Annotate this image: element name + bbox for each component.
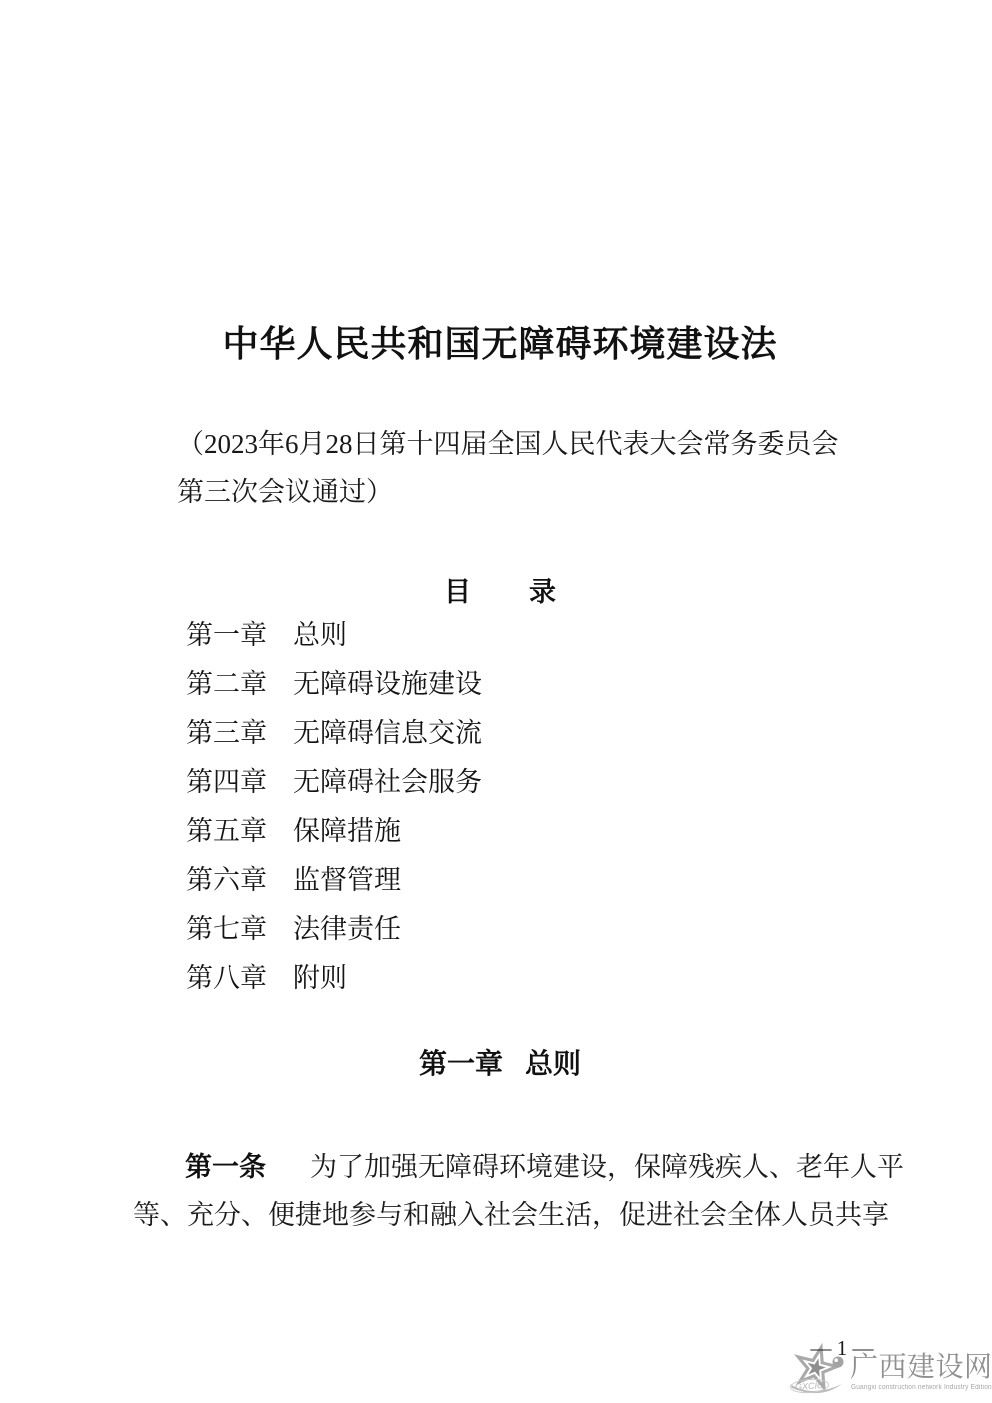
article-1-paragraph: 第一条为了加强无障碍环境建设，保障残疾人、老年人平 等、充分、便捷地参与和融入社… — [133, 1143, 875, 1239]
page-number: — 1 — — [804, 1334, 880, 1362]
toc-chapter-title: 总则 — [293, 620, 347, 650]
toc-chapter-number: 第三章 — [186, 709, 267, 758]
toc-header-char: 目 — [444, 577, 471, 607]
toc-chapter-number: 第四章 — [186, 758, 267, 807]
watermark-site-subtitle: Guangxi construction network Industry Ed… — [851, 1383, 992, 1393]
article-text: 等、充分、便捷地参与和融入社会生活，促进社会全体人员共享 — [133, 1200, 889, 1230]
adoption-notice-line: （2023年6月28日第十四届全国人民代表大会常务委员会 — [177, 420, 867, 468]
toc-item-chapter-2: 第二章无障碍设施建设 — [186, 660, 786, 709]
toc-item-chapter-3: 第三章无障碍信息交流 — [186, 709, 786, 758]
table-of-contents: 第一章总则 第二章无障碍设施建设 第三章无障碍信息交流 第四章无障碍社会服务 第… — [186, 611, 786, 1003]
toc-header-char: 录 — [529, 577, 556, 607]
toc-chapter-title: 无障碍信息交流 — [293, 718, 482, 748]
toc-chapter-number: 第七章 — [186, 905, 267, 954]
adoption-notice-line: 第三次会议通过） — [177, 468, 867, 516]
toc-chapter-title: 无障碍设施建设 — [293, 669, 482, 699]
document-page: { "doc": { "title": "中华人民共和国无障碍环境建设法", "… — [0, 0, 992, 1403]
section-chapter-number: 第一章 — [419, 1048, 503, 1079]
toc-chapter-title: 监督管理 — [293, 865, 401, 895]
article-number-label: 第一条 — [185, 1152, 266, 1182]
adoption-notice: （2023年6月28日第十四届全国人民代表大会常务委员会 第三次会议通过） — [177, 420, 867, 516]
article-text: 为了加强无障碍环境建设，保障残疾人、老年人平 — [310, 1152, 904, 1182]
toc-chapter-title: 法律责任 — [293, 914, 401, 944]
toc-item-chapter-1: 第一章总则 — [186, 611, 786, 660]
toc-chapter-number: 第一章 — [186, 611, 267, 660]
toc-item-chapter-8: 第八章附则 — [186, 954, 786, 1003]
toc-chapter-number: 第八章 — [186, 954, 267, 1003]
toc-chapter-title: 保障措施 — [293, 816, 401, 846]
toc-item-chapter-4: 第四章无障碍社会服务 — [186, 758, 786, 807]
toc-item-chapter-6: 第六章监督管理 — [186, 856, 786, 905]
toc-item-chapter-7: 第七章法律责任 — [186, 905, 786, 954]
toc-chapter-number: 第二章 — [186, 660, 267, 709]
toc-chapter-title: 无障碍社会服务 — [293, 767, 482, 797]
article-line: 第一条为了加强无障碍环境建设，保障残疾人、老年人平 — [133, 1143, 875, 1191]
section-chapter-title: 总则 — [525, 1048, 581, 1079]
toc-header: 目录 — [133, 572, 867, 612]
section-heading-chapter-1: 第一章总则 — [133, 1044, 867, 1084]
toc-chapter-number: 第五章 — [186, 807, 267, 856]
article-line: 等、充分、便捷地参与和融入社会生活，促进社会全体人员共享 — [133, 1191, 875, 1239]
toc-chapter-number: 第六章 — [186, 856, 267, 905]
page-title: 中华人民共和国无障碍环境建设法 — [133, 318, 867, 370]
toc-chapter-title: 附则 — [293, 963, 347, 993]
toc-item-chapter-5: 第五章保障措施 — [186, 807, 786, 856]
